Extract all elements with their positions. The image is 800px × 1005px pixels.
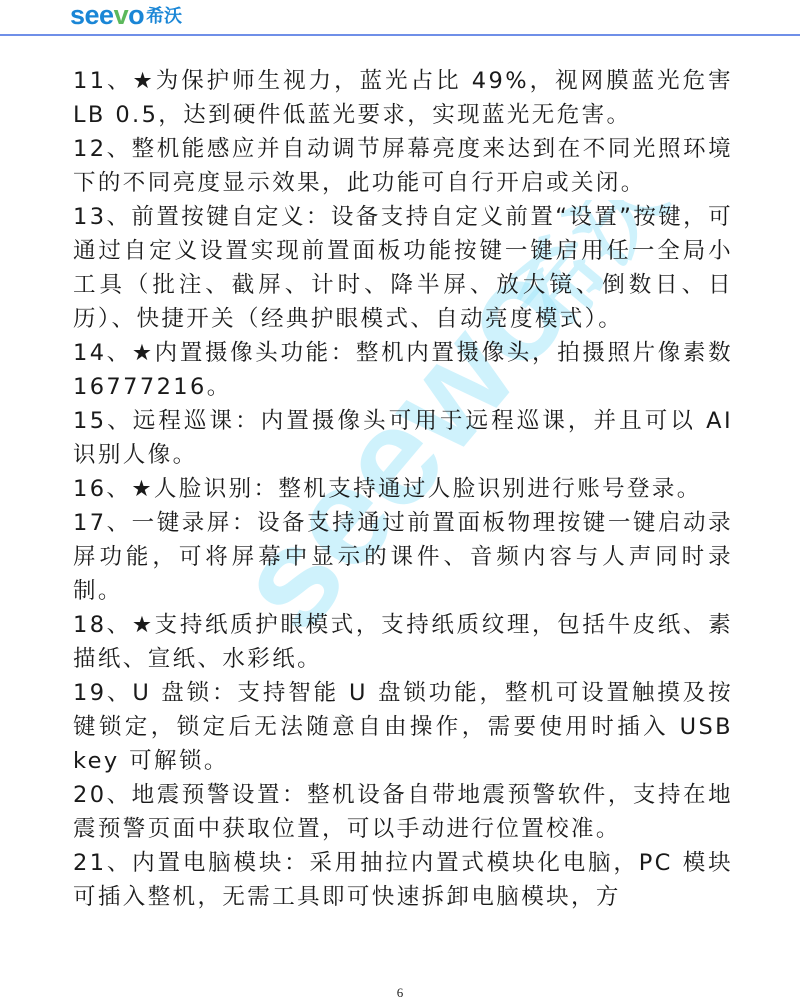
spec-item-17: 17、一键录屏：设备支持通过前置面板物理按键一键启动录屏功能，可将屏幕中显示的课… xyxy=(73,506,733,608)
spec-item-14: 14、★内置摄像头功能：整机内置摄像头，拍摄照片像素数 16777216。 xyxy=(73,336,733,404)
page-number: 6 xyxy=(0,985,800,1001)
logo-wordmark: seevo xyxy=(70,1,144,29)
spec-item-16: 16、★人脸识别：整机支持通过人脸识别进行账号登录。 xyxy=(73,472,733,506)
spec-item-15: 15、远程巡课：内置摄像头可用于远程巡课，并且可以 AI 识别人像。 xyxy=(73,404,733,472)
logo-chinese-name: 希沃 xyxy=(146,5,182,29)
spec-item-20: 20、地震预警设置：整机设备自带地震预警软件，支持在地震预警页面中获取位置，可以… xyxy=(73,778,733,846)
spec-item-13: 13、前置按键自定义：设备支持自定义前置“设置”按键，可通过自定义设置实现前置面… xyxy=(73,200,733,336)
spec-item-18: 18、★支持纸质护眼模式，支持纸质纹理，包括牛皮纸、素描纸、宣纸、水彩纸。 xyxy=(73,608,733,676)
spec-item-21: 21、内置电脑模块：采用抽拉内置式模块化电脑，PC 模块可插入整机，无需工具即可… xyxy=(73,846,733,914)
spec-item-12: 12、整机能感应并自动调节屏幕亮度来达到在不同光照环境下的不同亮度显示效果，此功… xyxy=(73,132,733,200)
spec-item-11: 11、★为保护师生视力，蓝光占比 49%，视网膜蓝光危害 LB 0.5，达到硬件… xyxy=(73,64,733,132)
spec-item-19: 19、U 盘锁：支持智能 U 盘锁功能，整机可设置触摸及按键锁定，锁定后无法随意… xyxy=(73,676,733,778)
page-header: seevo 希沃 xyxy=(0,0,800,36)
seewo-logo: seevo 希沃 xyxy=(70,1,182,29)
header-divider xyxy=(0,34,800,36)
document-body: 11、★为保护师生视力，蓝光占比 49%，视网膜蓝光危害 LB 0.5，达到硬件… xyxy=(73,64,733,914)
